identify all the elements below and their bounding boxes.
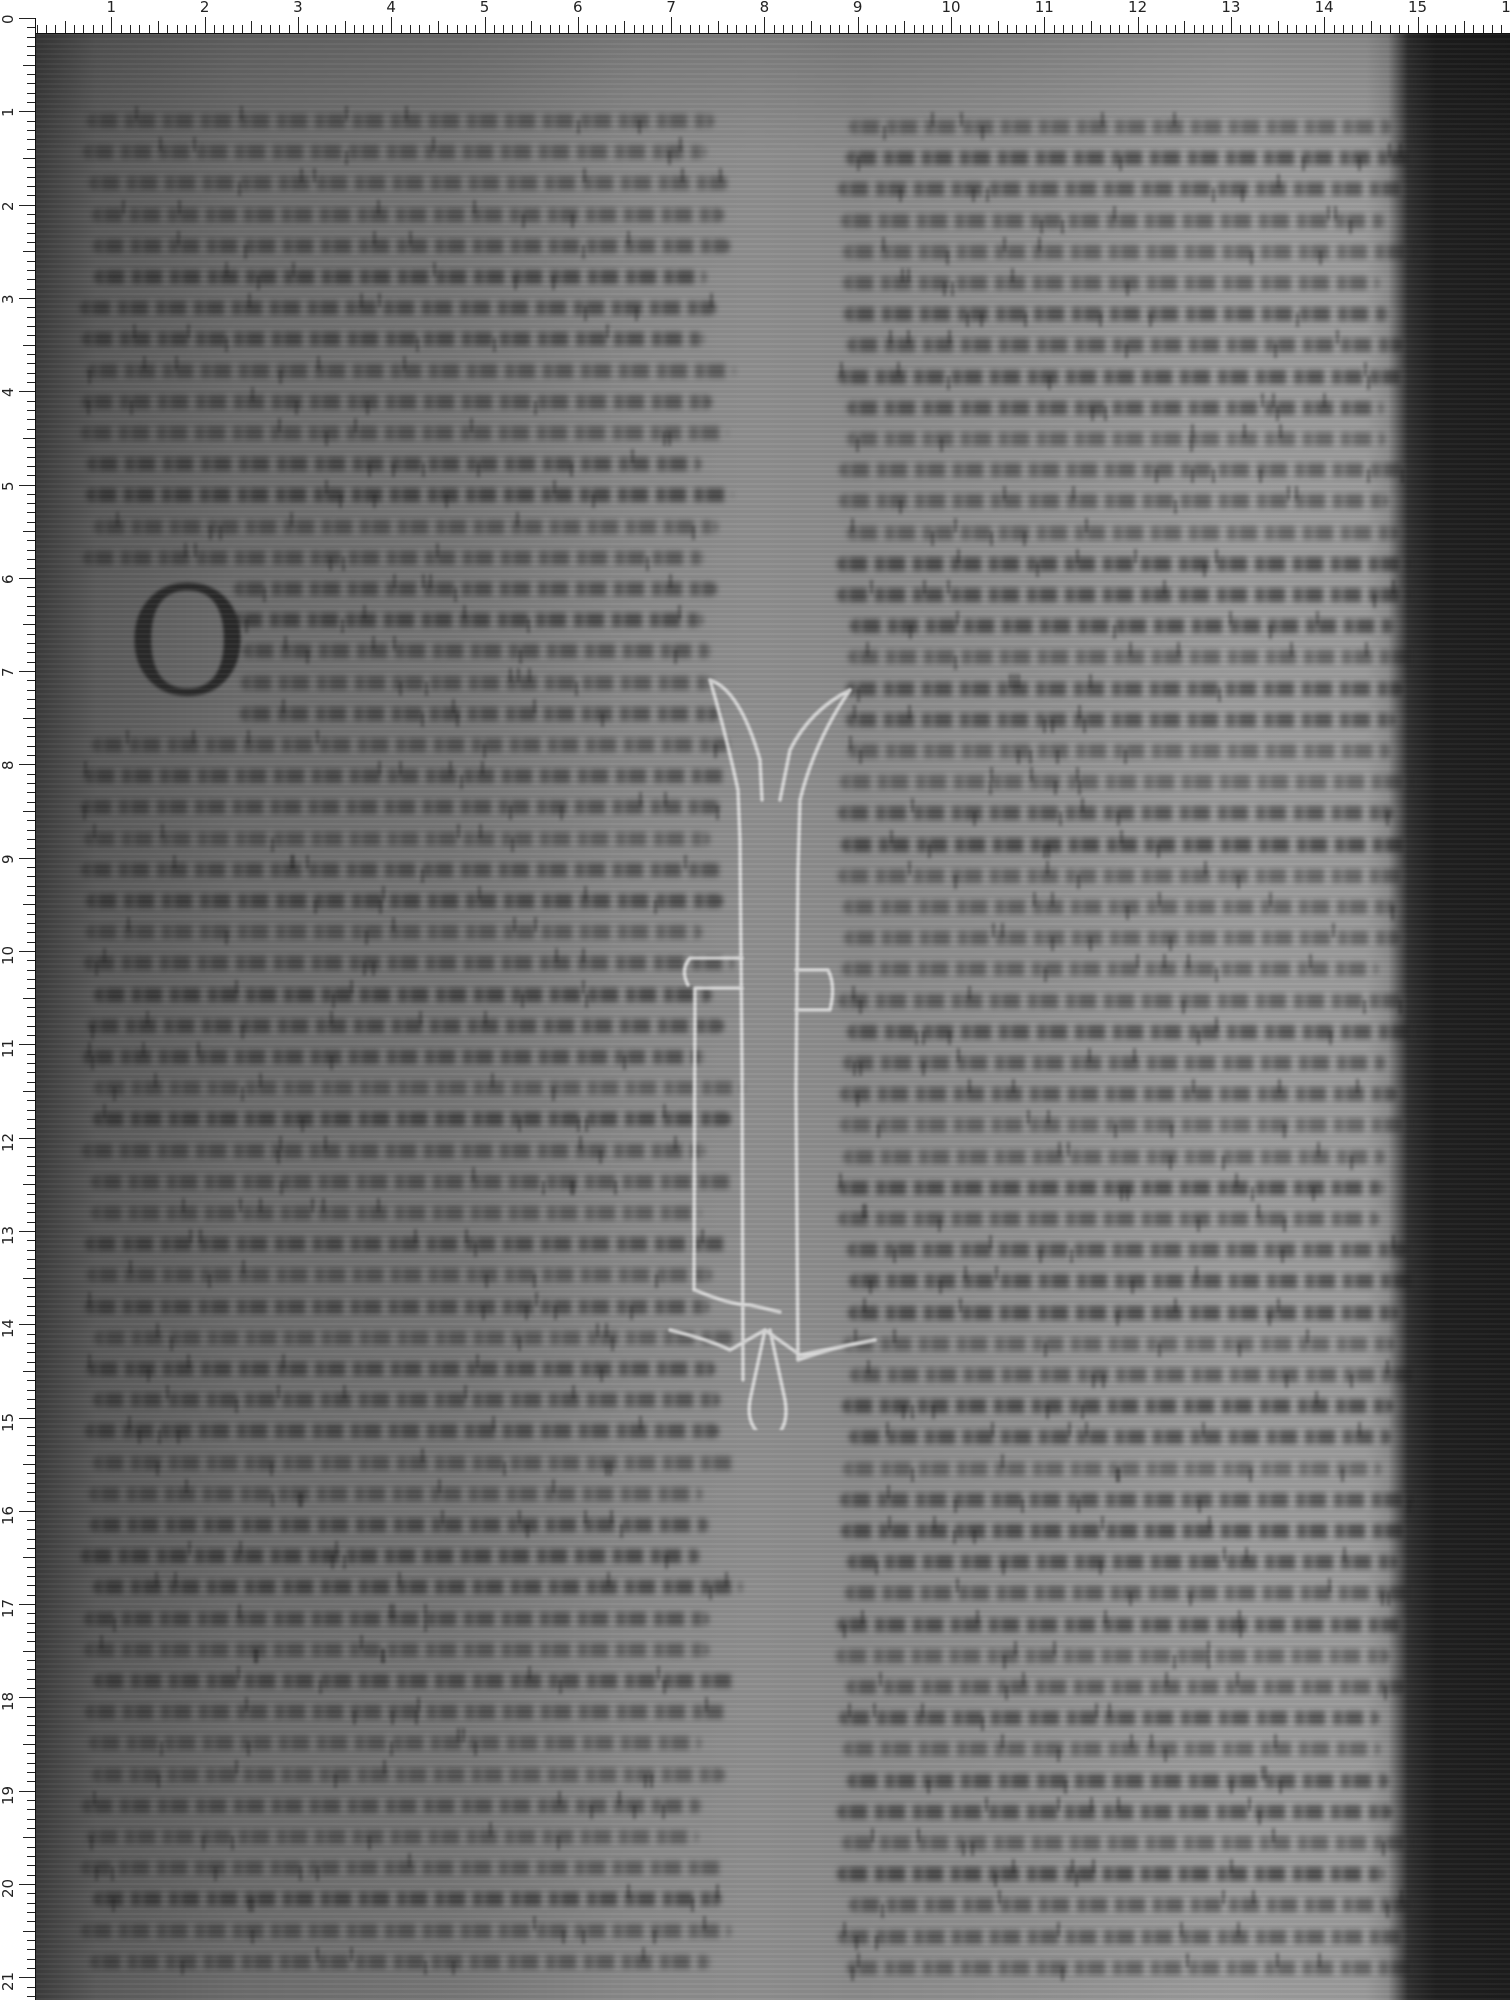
ruler-tick [261,25,262,33]
ruler-left: 0123456789101112131415161718192021 [0,0,36,2000]
ruler-tick [37,25,38,33]
ruler-tick [186,25,187,33]
ruler-tick [27,1828,35,1829]
ruler-tick [587,25,588,33]
ruler-tick [596,25,597,33]
ruler-tick [1501,25,1502,33]
ruler-tick [158,21,159,33]
ruler-label: 19 [1,1786,16,1805]
ruler-tick [27,195,35,196]
ruler-tick [27,1912,35,1913]
ruler-tick [27,1772,35,1773]
ruler-tick [27,1501,35,1502]
ruler-tick [27,270,35,271]
ruler-tick [27,615,35,616]
ruler-tick [27,783,35,784]
ruler-tick [251,21,252,33]
ruler-tick [130,25,131,33]
ruler-tick [55,25,56,33]
ruler-tick [19,578,35,579]
ruler-tick [27,466,35,467]
ruler-tick [27,802,35,803]
ruler-tick [27,1959,35,1960]
ruler-tick [27,596,35,597]
ruler-tick [624,21,625,33]
ruler-tick [23,65,35,66]
ruler-label: 20 [1,1879,16,1898]
ruler-tick [27,1679,35,1680]
ruler-tick [1464,21,1465,33]
ruler-tick [27,1949,35,1950]
ruler-tick [475,25,476,33]
ruler-tick [27,1268,35,1269]
ruler-tick [27,970,35,971]
ruler-tick [298,17,299,33]
ruler-tick [27,1203,35,1204]
ruler-tick [317,25,318,33]
ruler-tick [1091,21,1092,33]
ruler-label: 6 [1,574,16,584]
ruler-tick [19,1604,35,1605]
ruler-tick [27,55,35,56]
ruler-tick [1250,25,1251,33]
ruler-tick [438,21,439,33]
ruler-label: 6 [573,0,583,15]
ruler-tick [23,1744,35,1745]
ruler-label: 10 [941,0,960,15]
ruler-tick [27,1585,35,1586]
ruler-tick [27,1753,35,1754]
ruler-tick [23,1091,35,1092]
ruler-tick [27,1483,35,1484]
ruler-tick [27,335,35,336]
ruler-tick [27,1445,35,1446]
ruler-tick [23,811,35,812]
ruler-tick [643,25,644,33]
ruler-tick [1473,25,1474,33]
ruler-tick [270,25,271,33]
ruler-tick [27,1436,35,1437]
ruler-tick [102,25,103,33]
ruler-tick [1072,25,1073,33]
ruler-tick [27,1940,35,1941]
ruler-label: 18 [1,1692,16,1711]
ruler-tick [848,25,849,33]
ruler-tick [839,25,840,33]
ruler-tick [662,25,663,33]
ruler-tick [27,1035,35,1036]
ruler-label: 0 [1,14,16,24]
ruler-tick [27,1082,35,1083]
ruler-tick [27,727,35,728]
ruler-tick [27,792,35,793]
ruler-tick [27,839,35,840]
ruler-tick [690,25,691,33]
ruler-tick [19,391,35,392]
ruler-tick [27,643,35,644]
ruler-tick [932,25,933,33]
ruler-tick [1184,21,1185,33]
ruler-label: 12 [1128,0,1147,15]
ruler-tick [27,774,35,775]
ruler-tick [895,25,896,33]
ruler-tick [27,503,35,504]
ruler-tick [27,1632,35,1633]
ruler-tick [830,25,831,33]
ruler-tick [615,25,616,33]
ruler-tick [708,25,709,33]
ruler-tick [27,307,35,308]
ruler-tick [27,1613,35,1614]
ruler-tick [23,718,35,719]
ruler-tick [27,1212,35,1213]
ruler-tick [307,25,308,33]
ruler-tick [27,1054,35,1055]
ruler-tick [1427,25,1428,33]
ruler-tick [755,25,756,33]
ruler-tick [27,1987,35,1988]
ruler-tick [1166,25,1167,33]
ruler-tick [27,214,35,215]
ruler-tick [27,1725,35,1726]
ruler-label: 2 [1,201,16,211]
ruler-tick [27,46,35,47]
ruler-tick [27,1847,35,1848]
ruler-tick [27,1380,35,1381]
ruler-tick [27,177,35,178]
ruler-tick [559,25,560,33]
ruler-tick [27,1315,35,1316]
ruler-tick [27,102,35,103]
ruler-tick [410,25,411,33]
ruler-tick [27,233,35,234]
ruler-tick [27,662,35,663]
ruler-label: 5 [1,481,16,491]
ruler-tick [326,25,327,33]
ruler-top: 012345678910111213141516 [0,0,1510,34]
ruler-tick [27,1819,35,1820]
ruler-tick [19,764,35,765]
ruler-tick [27,1063,35,1064]
ruler-tick [363,25,364,33]
ruler-tick [1138,17,1139,33]
ruler-tick [19,1511,35,1512]
ruler-tick [27,410,35,411]
ruler-label: 15 [1408,0,1427,15]
ruler-tick [1110,25,1111,33]
ruler-label: 17 [1,1599,16,1618]
ruler-tick [19,1231,35,1232]
ruler-tick [27,1707,35,1708]
ruler-tick [1007,25,1008,33]
ruler-label: 3 [293,0,303,15]
ruler-label: 14 [1,1319,16,1338]
ruler-tick [27,1128,35,1129]
ruler-tick [1343,25,1344,33]
ruler-tick [27,1250,35,1251]
ruler-tick [876,25,877,33]
ruler-tick [522,25,523,33]
ruler-tick [23,1278,35,1279]
ruler-tick [27,186,35,187]
ruler-label: 16 [1,1506,16,1525]
ruler-tick [19,1044,35,1045]
ruler-tick [391,17,392,33]
ruler-tick [27,1669,35,1670]
ruler-tick [1194,25,1195,33]
ruler-tick [19,1418,35,1419]
ruler-tick [195,25,196,33]
ruler-tick [23,1837,35,1838]
ruler-tick [1016,25,1017,33]
ruler-tick [65,21,66,33]
ruler-tick [27,1865,35,1866]
ruler-tick [27,1287,35,1288]
ruler-tick [205,17,206,33]
ruler-tick [27,1996,35,1997]
ruler-tick [19,1697,35,1698]
ruler-tick [233,25,234,33]
ruler-tick [1175,25,1176,33]
ruler-tick [19,671,35,672]
ruler-tick [242,25,243,33]
ruler-tick [27,1427,35,1428]
ruler-tick [111,17,112,33]
ruler-tick [1371,21,1372,33]
ruler-tick [1296,25,1297,33]
ruler-tick [27,1567,35,1568]
ruler-tick [494,25,495,33]
ruler-tick [19,1324,35,1325]
ruler-label: 1 [107,0,117,15]
ruler-tick [960,25,961,33]
ruler-tick [27,1623,35,1624]
ruler-tick [27,1306,35,1307]
ruler-tick [27,1240,35,1241]
ruler-tick [27,1968,35,1969]
ruler-tick [783,25,784,33]
ruler-tick [27,1156,35,1157]
ruler-tick [671,17,672,33]
ruler-tick [942,25,943,33]
ruler-tick [485,17,486,33]
ruler-tick [27,419,35,420]
ruler-tick [279,25,280,33]
ruler-tick [223,25,224,33]
ruler-tick [1128,25,1129,33]
ruler-tick [19,18,35,19]
ruler-tick [1287,25,1288,33]
ruler-tick [27,699,35,700]
ruler-tick [27,429,35,430]
ruler-tick [27,1362,35,1363]
ruler-tick [1063,25,1064,33]
ruler-tick [23,345,35,346]
ruler-tick [27,1856,35,1857]
ruler-tick [1362,25,1363,33]
ruler-tick [27,317,35,318]
ruler-tick [27,680,35,681]
ruler-tick [419,25,420,33]
ruler-tick [951,17,952,33]
ruler-label: 1 [1,108,16,118]
ruler-tick [401,25,402,33]
ruler-tick [27,652,35,653]
ruler-tick [550,25,551,33]
ruler-tick [27,37,35,38]
ruler-tick [27,736,35,737]
ruler-tick [19,1791,35,1792]
ruler-tick [345,21,346,33]
ruler-tick [27,373,35,374]
ruler-tick [1352,25,1353,33]
ruler-tick [1231,17,1232,33]
ruler-tick [27,867,35,868]
ruler-label: 9 [853,0,863,15]
ruler-label: 12 [1,1133,16,1152]
ruler-tick [149,25,150,33]
ruler-tick [27,130,35,131]
ruler-tick [1156,25,1157,33]
ruler-tick [27,1100,35,1101]
ruler-tick [27,1175,35,1176]
ruler-tick [606,25,607,33]
ruler-tick [27,634,35,635]
ruler-tick [214,25,215,33]
ruler-tick [27,1903,35,1904]
ruler-tick [19,205,35,206]
ruler-tick [1324,17,1325,33]
ruler-label: 7 [666,0,676,15]
ruler-tick [746,25,747,33]
ruler-tick [531,21,532,33]
ruler-tick [27,1399,35,1400]
ruler-tick [373,25,374,33]
ruler-tick [27,1660,35,1661]
ruler-label: 11 [1035,0,1054,15]
ruler-label: 13 [1,1226,16,1245]
ruler-tick [27,363,35,364]
ruler-tick [998,21,999,33]
ruler-tick [27,522,35,523]
ruler-tick [988,25,989,33]
ruler-tick [46,25,47,33]
ruler-tick [27,242,35,243]
ruler-tick [121,25,122,33]
ruler-tick [27,1576,35,1577]
ruler-tick [1054,25,1055,33]
ruler-tick [1044,17,1045,33]
ruler-label: 11 [1,1039,16,1058]
ruler-tick [904,21,905,33]
ruler-tick [27,1072,35,1073]
ruler-tick [19,951,35,952]
ruler-tick [27,83,35,84]
ruler-tick [177,25,178,33]
ruler-tick [19,485,35,486]
ruler-tick [1278,21,1279,33]
ruler-tick [736,25,737,33]
ruler-tick [27,1147,35,1148]
ruler-tick [540,25,541,33]
ruler-tick [27,708,35,709]
ruler-label: 21 [1,1972,16,1991]
ruler-tick [23,998,35,999]
ruler-tick [27,74,35,75]
ruler-tick [23,624,35,625]
ruler-tick [27,457,35,458]
ruler-label: 14 [1315,0,1334,15]
ruler-tick [27,1119,35,1120]
ruler-tick [27,1390,35,1391]
ruler-tick [27,326,35,327]
ruler-tick [27,1716,35,1717]
ruler-tick [27,988,35,989]
ruler-tick [858,17,859,33]
ruler-tick [27,960,35,961]
ruler-tick [27,848,35,849]
ruler-tick [1268,25,1269,33]
ruler-tick [382,25,383,33]
ruler-tick [1445,25,1446,33]
ruler-label: 4 [1,388,16,398]
ruler-tick [1334,25,1335,33]
ruler-label: 8 [760,0,770,15]
ruler-tick [27,1007,35,1008]
ruler-tick [27,494,35,495]
ruler-tick [27,354,35,355]
ruler-tick [923,25,924,33]
ruler-tick [27,447,35,448]
ruler-tick [27,1893,35,1894]
ruler-tick [27,1800,35,1801]
ruler-label: 9 [1,854,16,864]
ruler-tick [167,25,168,33]
ruler-tick [1399,25,1400,33]
ruler-tick [1315,25,1316,33]
ruler-tick [1240,25,1241,33]
ruler-tick [27,261,35,262]
ruler-tick [1222,25,1223,33]
ruler-tick [1259,25,1260,33]
ruler-tick [27,382,35,383]
ruler-tick [83,25,84,33]
ruler-tick [1026,25,1027,33]
ruler-tick [139,25,140,33]
ruler-tick [27,289,35,290]
ruler-label: 7 [1,668,16,678]
ruler-tick [27,923,35,924]
ruler-tick [27,1595,35,1596]
ruler-label: 13 [1221,0,1240,15]
ruler-tick [1100,25,1101,33]
ruler-tick [23,531,35,532]
ruler-tick [1119,25,1120,33]
ruler-tick [1380,25,1381,33]
ruler-tick [970,25,971,33]
ruler-tick [27,914,35,915]
ruler-tick [27,1781,35,1782]
ruler-tick [27,1166,35,1167]
ruler-label: 4 [386,0,396,15]
ruler-tick [19,1977,35,1978]
scan-line-texture [36,34,1510,2000]
ruler-tick [27,1520,35,1521]
ruler-tick [23,1464,35,1465]
ruler-tick [19,858,35,859]
ruler-tick [1492,25,1493,33]
ruler-tick [27,1875,35,1876]
